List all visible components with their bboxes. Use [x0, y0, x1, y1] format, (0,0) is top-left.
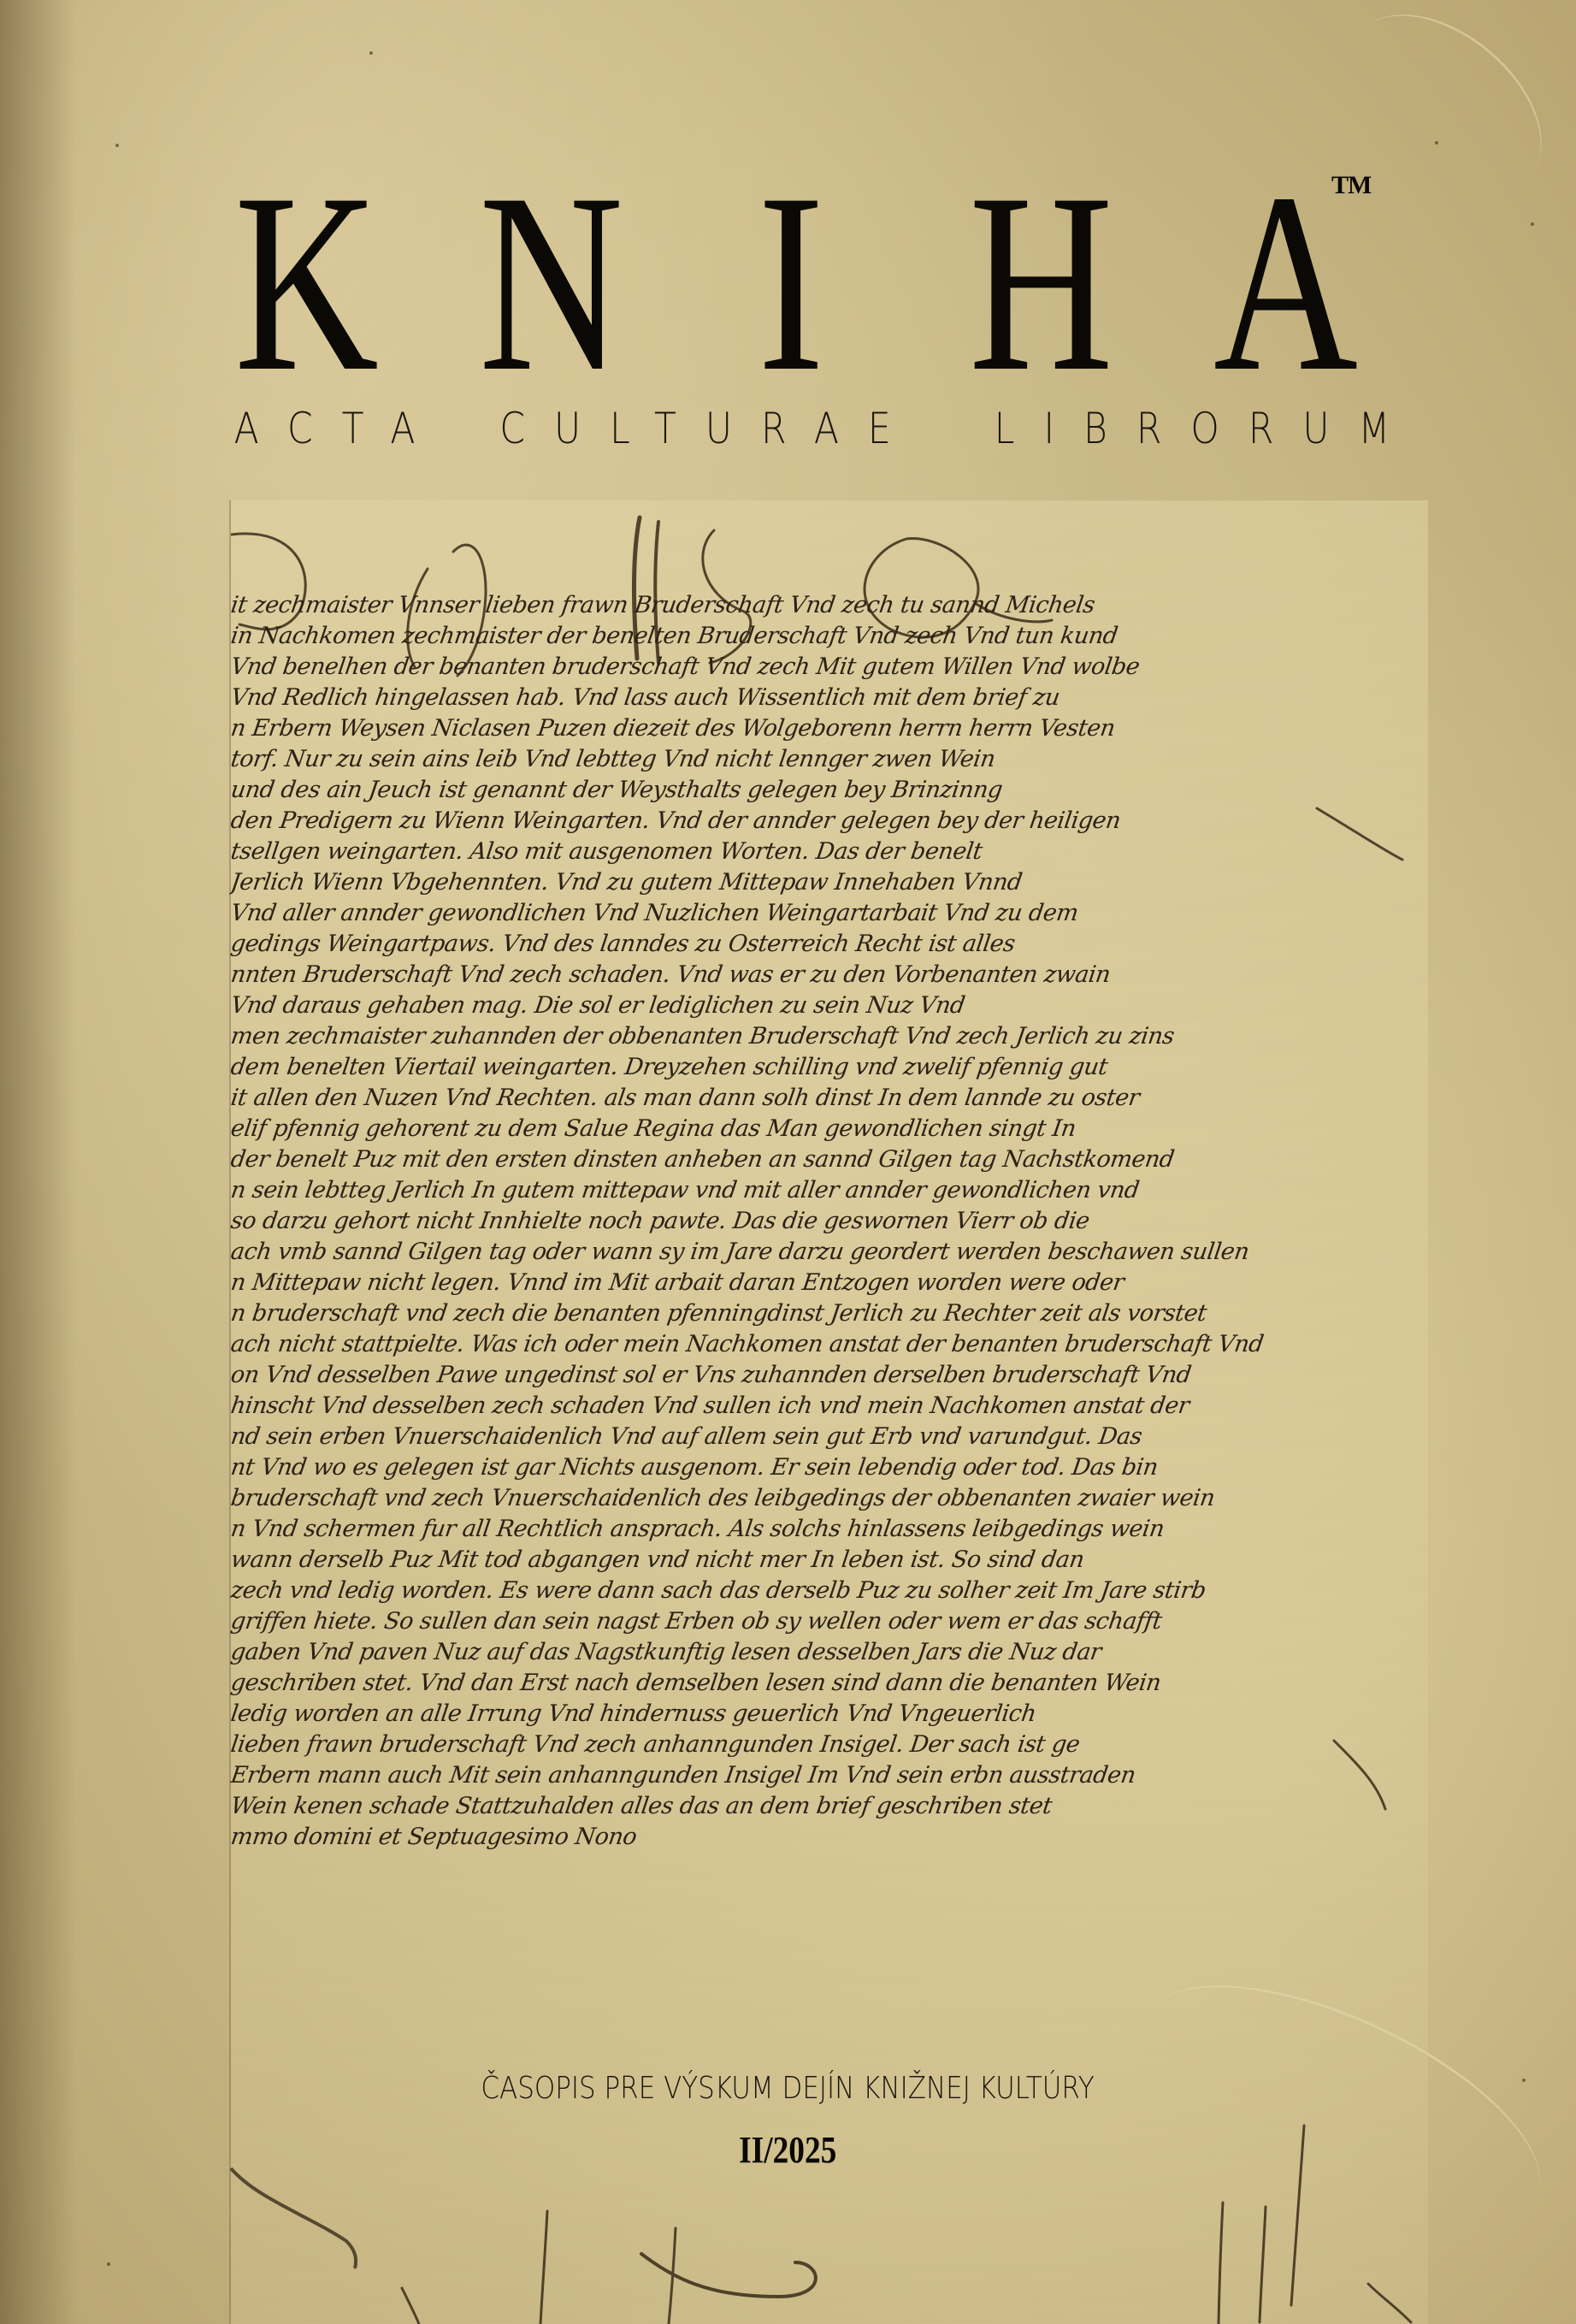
manuscript-line: men zechmaister zuhannden der obbenanten…: [228, 1021, 1396, 1052]
manuscript-line: n Vnd schermen fur all Rechtlich ansprac…: [228, 1514, 1396, 1545]
issue-number: II/2025: [0, 2128, 1576, 2172]
manuscript-line: gaben Vnd paven Nuz auf das Nagstkunftig…: [228, 1637, 1396, 1668]
journal-description: ČASOPIS PRE VÝSKUM DEJÍN KNIŽNEJ KULTÚRY: [0, 2071, 1576, 2106]
manuscript-line: Vnd daraus gehaben mag. Die sol er ledig…: [228, 991, 1396, 1021]
manuscript-line: bruderschaft vnd zech Vnuerschaidenlich …: [228, 1483, 1396, 1514]
page-edge-shadow: [0, 0, 77, 2324]
manuscript-line: Vnd Redlich hingelassen hab. Vnd lass au…: [228, 683, 1396, 713]
manuscript-line: Erbern mann auch Mit sein anhanngunden I…: [228, 1760, 1396, 1791]
subtitle-word: LIBRORUM: [995, 404, 1419, 453]
subtitle-word: CULTURAE: [499, 404, 919, 453]
manuscript-line: on Vnd desselben Pawe ungedinst sol er V…: [228, 1360, 1396, 1391]
manuscript-line: torf. Nur zu sein ains leib Vnd lebtteg …: [228, 744, 1396, 775]
manuscript-line: gedings Weingartpaws. Vnd des lanndes zu…: [228, 929, 1396, 960]
manuscript-line: der benelt Puz mit den ersten dinsten an…: [228, 1144, 1396, 1175]
logo-letter-a: A: [1213, 188, 1347, 376]
manuscript-text: it zechmaister Vnnser lieben frawn Brude…: [231, 590, 1394, 1853]
manuscript-line: Vnd benelhen der benanten bruderschaft V…: [228, 652, 1396, 683]
journal-logo: K N I H A: [215, 171, 1366, 376]
manuscript-line: n Mittepaw nicht legen. Vnnd im Mit arba…: [228, 1268, 1396, 1298]
manuscript-line: zech vnd ledig worden. Es were dann sach…: [228, 1576, 1396, 1606]
logo-letter-h: H: [969, 188, 1102, 376]
paper-speck: [107, 2262, 110, 2266]
manuscript-line: Jerlich Wienn Vbgehennten. Vnd zu gutem …: [228, 867, 1396, 898]
trademark-symbol: TM: [1331, 171, 1371, 200]
journal-subtitle: ACTA CULTURAE LIBRORUM: [215, 404, 1366, 453]
manuscript-line: n Erbern Weysen Niclasen Puzen diezeit d…: [228, 713, 1396, 744]
manuscript-line: hinscht Vnd desselben zech schaden Vnd s…: [228, 1391, 1396, 1422]
issue-number-text: II/2025: [739, 2128, 836, 2172]
manuscript-line: so darzu gehort nicht Innhielte noch paw…: [228, 1206, 1396, 1237]
manuscript-line: n sein lebtteg Jerlich In gutem mittepaw…: [228, 1175, 1396, 1206]
manuscript-line: in Nachkomen zechmaister der benelten Br…: [228, 621, 1396, 652]
logo-letter-n: N: [479, 188, 612, 376]
manuscript-line: mmo domini et Septuagesimo Nono: [228, 1822, 1396, 1853]
logo-letter-i: I: [724, 188, 858, 376]
manuscript-line: ach nicht stattpielte. Was ich oder mein…: [228, 1329, 1396, 1360]
manuscript-line: it zechmaister Vnnser lieben frawn Brude…: [228, 590, 1396, 621]
manuscript-line: elif pfennig gehorent zu dem Salue Regin…: [228, 1114, 1396, 1144]
subtitle-word: ACTA: [234, 404, 445, 453]
manuscript-image: it zechmaister Vnnser lieben frawn Brude…: [229, 500, 1428, 2324]
manuscript-line: Vnd aller annder gewondlichen Vnd Nuzlic…: [228, 898, 1396, 929]
manuscript-line: n bruderschaft vnd zech die benanten pfe…: [228, 1298, 1396, 1329]
manuscript-line: nt Vnd wo es gelegen ist gar Nichts ausg…: [228, 1452, 1396, 1483]
manuscript-line: tsellgen weingarten. Also mit ausgenomen…: [228, 837, 1396, 867]
manuscript-line: geschriben stet. Vnd dan Erst nach demse…: [228, 1668, 1396, 1699]
manuscript-line: nnten Bruderschaft Vnd zech schaden. Vnd…: [228, 960, 1396, 991]
manuscript-line: und des ain Jeuch ist genannt der Weysth…: [228, 775, 1396, 806]
manuscript-line: nd sein erben Vnuerschaidenlich Vnd auf …: [228, 1422, 1396, 1452]
paper-speck: [1531, 222, 1534, 226]
manuscript-line: Wein kenen schade Stattzuhalden alles da…: [228, 1791, 1396, 1822]
manuscript-line: wann derselb Puz Mit tod abgangen vnd ni…: [228, 1545, 1396, 1576]
paper-speck: [369, 51, 373, 55]
manuscript-line: den Predigern zu Wienn Weingarten. Vnd d…: [228, 806, 1396, 837]
journal-description-text: ČASOPIS PRE VÝSKUM DEJÍN KNIŽNEJ KULTÚRY: [481, 2071, 1095, 2106]
manuscript-line: griffen hiete. So sullen dan sein nagst …: [228, 1606, 1396, 1637]
manuscript-line: dem benelten Viertail weingarten. Dreyze…: [228, 1052, 1396, 1083]
manuscript-line: ach vmb sannd Gilgen tag oder wann sy im…: [228, 1237, 1396, 1268]
paper-speck: [115, 144, 119, 147]
manuscript-line: it allen den Nuzen Vnd Rechten. als man …: [228, 1083, 1396, 1114]
manuscript-line: lieben frawn bruderschaft Vnd zech anhan…: [228, 1730, 1396, 1760]
manuscript-line: ledig worden an alle Irrung Vnd hindernu…: [228, 1699, 1396, 1730]
logo-letter-k: K: [234, 188, 368, 376]
